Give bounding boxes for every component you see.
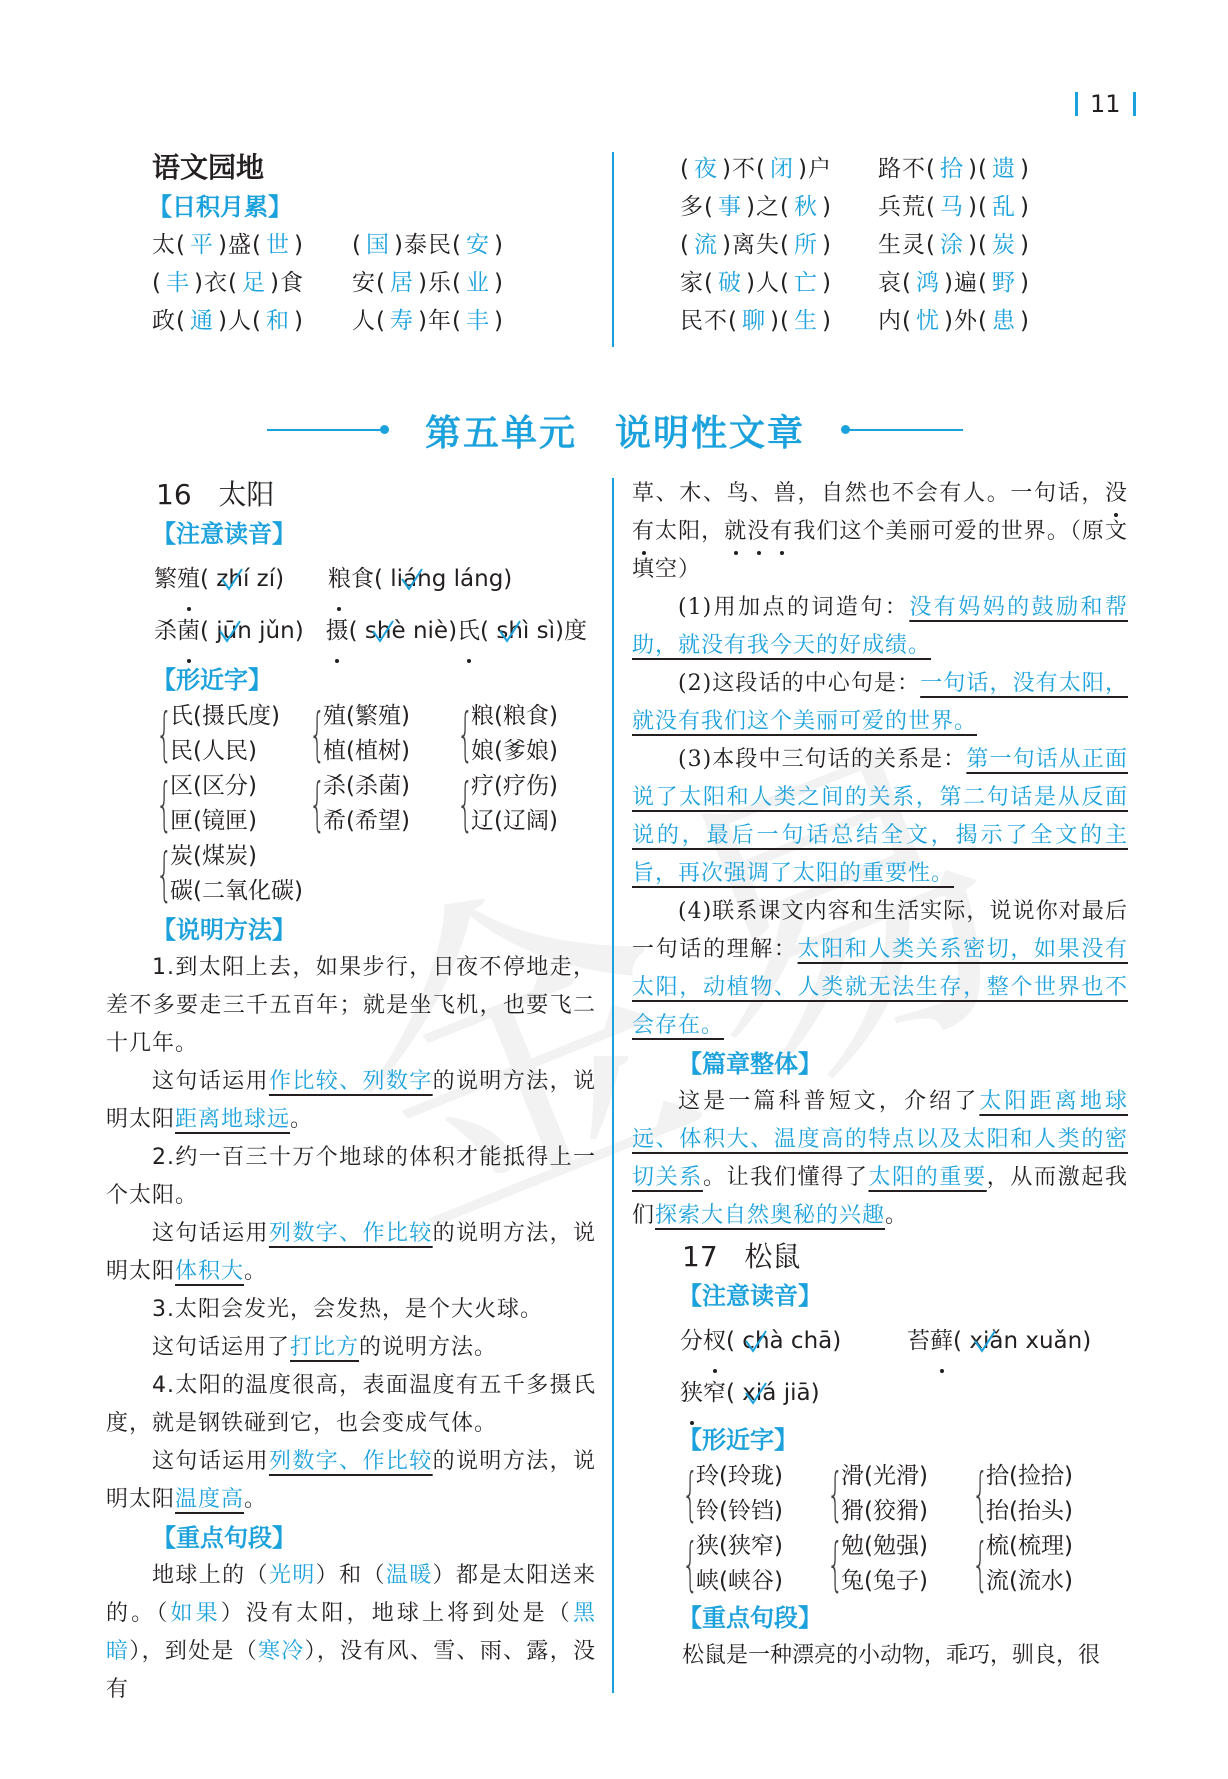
pronunciation-row-2: 杀菌( jūn jǔn) 摄( shè niè)氏( shì sì)度 [154,605,596,657]
banner-line-left [267,429,385,431]
key-paragraph-part2: 草、木、鸟、兽，自然也不会有人。一句话，没有太阳，就没有我们这个美丽可爱的世界。… [632,475,1128,589]
idiom-item: 兵荒(马)(乱) [878,188,1078,226]
idiom-item: 太(平)盛(世) [152,226,352,264]
similar-char-pair: {疗(疗伤)辽(辽阔) [457,769,577,839]
idiom-item: 家(破)人(亡) [680,264,878,302]
brace-icon: { [457,699,462,769]
answer-underlined: 太阳的重要 [868,1165,986,1190]
pronunciation-row-17-2: 狭窄( xiá jiā) [680,1367,1128,1419]
similar-char-pair: {殖(繁殖)植(植树) [309,699,439,769]
pron-item-shi: 氏( shì sì)度 [457,618,587,644]
similar-char-pair: {炭(煤炭)碳(二氧化碳) [156,839,291,909]
brace-icon: { [827,1529,832,1599]
method-sentence: 3.太阳会发光，会发热，是个大火球。 [106,1291,596,1329]
pron-item-fanzhi: 繁殖( zhí zí) [154,566,284,592]
check-icon [973,1329,999,1355]
yuwen-yuandi-title: 语文园地 [152,148,592,188]
key-paragraph-part1: 地球上的（光明）和（温暖）都是太阳送来的。（如果）没有太阳，地球上将到处是（黑暗… [106,1557,596,1709]
check-icon [744,1329,770,1355]
overall-paragraph: 这是一篇科普短文，介绍了太阳距离地球远、体积大、温度高的特点以及太阳和人类的密切… [632,1083,1128,1235]
section-similar-chars-17: 【形近字】 [678,1421,1128,1459]
unit-banner: 第五单元 说明性文章 [250,405,980,455]
idiom-item: 路不(拾)(遗) [878,150,1078,188]
column-divider-top [612,152,614,347]
check-icon [371,619,397,645]
lesson17-title: 松鼠 [744,1240,800,1273]
similar-char-pair: {区(区分)匣(镜匣) [156,769,291,839]
brace-icon: { [457,769,462,839]
answer-underlined: 没有妈妈的鼓励和帮助，就没有我今天的好成绩。 [632,595,1128,658]
idiom-item: 多(事)之(秋) [680,188,878,226]
pron-item-she: 摄( shè niè) [326,618,457,644]
explain-methods-list: 1.到太阳上去，如果步行，日夜不停地走，差不多要走三千五百年；就是坐飞机，也要飞… [106,949,596,1519]
idiom-item: 人(寿)年(丰) [352,302,552,340]
pron-item-liangshi: 粮食( liáng láng) [328,566,512,592]
page-number-left-bar [1075,92,1078,116]
brace-icon: { [309,769,314,839]
brace-icon: { [156,699,161,769]
brace-icon: { [972,1459,977,1529]
idiom-item: 内(忧)外(患) [878,302,1078,340]
lesson16-heading: 16 太阳 [156,475,596,515]
similar-char-pair: {杀(杀菌)希(希望) [309,769,439,839]
pron-item-shajun: 杀菌( jūn jǔn) [154,618,304,644]
check-icon [400,567,426,593]
method-answer: 这句话运用作比较、列数字的说明方法，说明太阳距离地球远。 [106,1063,596,1139]
unit-title: 第五单元 说明性文章 [425,405,805,456]
lesson17-heading: 17 松鼠 [682,1237,1128,1277]
banner-dot-right [841,425,850,434]
section-pronunciation: 【注意读音】 [152,515,596,553]
yuwen-yuandi-right: (夜)不(闭)户路不(拾)(遗)多(事)之(秋)兵荒(马)(乱)(流)离失(所)… [680,150,1100,340]
question-list: (1)用加点的词造句：没有妈妈的鼓励和帮助，就没有我今天的好成绩。(2)这段话的… [632,589,1128,1045]
section-key-sentences: 【重点句段】 [152,1519,596,1557]
similar-char-pair: {勉(勉强)兔(兔子) [827,1529,952,1599]
idiom-item: 民不(聊)(生) [680,302,878,340]
lesson16-number: 16 [156,478,192,511]
section-overall: 【篇章整体】 [678,1045,1128,1083]
check-icon [498,619,524,645]
check-icon [744,1381,770,1407]
blank-answer: 如果 [170,1601,220,1626]
answer-underlined: 一句话，没有太阳，就没有我们这个美丽可爱的世界。 [632,671,1128,734]
brace-icon: { [682,1459,687,1529]
idiom-item: (国)泰民(安) [352,226,552,264]
page-number-right-bar [1133,92,1136,116]
brace-icon: { [972,1529,977,1599]
pron-item-taixian: 苔藓( xiǎn xuǎn) [907,1328,1091,1354]
key-paragraph-17: 松鼠是一种漂亮的小动物，乖巧，驯良，很 [682,1637,1128,1675]
pron-item-xiazhai: 狭窄( xiá jiā) [680,1380,820,1406]
idiom-item: (流)离失(所) [680,226,878,264]
brace-icon: { [156,839,161,909]
banner-line-right [845,429,963,431]
lesson16-left-column: 16 太阳 【注意读音】 繁殖( zhí zí) 粮食( liáng láng)… [106,475,596,1709]
method-answer: 这句话运用列数字、作比较的说明方法，说明太阳体积大。 [106,1215,596,1291]
right-column: 草、木、鸟、兽，自然也不会有人。一句话，没有太阳，就没有我们这个美丽可爱的世界。… [632,475,1128,1675]
similar-char-pair: {拾(捡拾)抬(抬头) [972,1459,1092,1529]
answer-underlined: 探索大自然奥秘的兴趣 [655,1203,885,1228]
idiom-item: 安(居)乐(业) [352,264,552,302]
idiom-list-right: (夜)不(闭)户路不(拾)(遗)多(事)之(秋)兵荒(马)(乱)(流)离失(所)… [680,150,1100,340]
section-similar-chars: 【形近字】 [152,661,596,699]
idiom-item: 生灵(涂)(炭) [878,226,1078,264]
blank-answer: 光明 [269,1563,316,1588]
method-sentence: 4.太阳的温度很高，表面温度有五千多摄氏度，就是钢铁碰到它，也会变成气体。 [106,1367,596,1443]
pronunciation-list-17: 分杈( chà chā) 苔藓( xiǎn xuǎn) 狭窄( xiá jiā) [680,1315,1128,1419]
idiom-item: (夜)不(闭)户 [680,150,878,188]
page-number-value: 11 [1090,90,1121,118]
blank-answer: 寒冷 [258,1639,305,1664]
method-answer: 这句话运用列数字、作比较的说明方法，说明太阳温度高。 [106,1443,596,1519]
pron-item-fencha: 分杈( chà chā) [680,1328,841,1354]
idiom-list-left: 太(平)盛(世)(国)泰民(安)(丰)衣(足)食安(居)乐(业)政(通)人(和)… [152,226,592,340]
check-icon [218,619,244,645]
question-item: (4)联系课文内容和生活实际，说说你对最后一句话的理解：太阳和人类关系密切，如果… [632,893,1128,1045]
answer-underlined: 第一句话从正面说了太阳和人类之间的关系，第二句话是从反面说的，最后一句话总结全文… [632,747,1128,886]
method-sentence: 1.到太阳上去，如果步行，日夜不停地走，差不多要走三千五百年；就是坐飞机，也要飞… [106,949,596,1063]
section-pronunciation-17: 【注意读音】 [678,1277,1128,1315]
section-explain-methods: 【说明方法】 [152,911,596,949]
lesson16-title: 太阳 [218,478,274,511]
question-item: (1)用加点的词造句：没有妈妈的鼓励和帮助，就没有我今天的好成绩。 [632,589,1128,665]
idiom-item: 哀(鸿)遍(野) [878,264,1078,302]
pronunciation-list: 繁殖( zhí zí) 粮食( liáng láng) 杀菌( jūn jǔn)… [154,553,596,657]
similar-char-pair: {粮(粮食)娘(爹娘) [457,699,577,769]
column-divider-main [612,478,614,1693]
similar-char-pair: {氏(摄氏度)民(人民) [156,699,291,769]
section-riji-yuelei: 【日积月累】 [148,188,592,226]
brace-icon: { [827,1459,832,1529]
check-icon [220,567,246,593]
method-answer: 这句话运用了打比方的说明方法。 [106,1329,596,1367]
similar-char-pair: {梳(梳理)流(流水) [972,1529,1092,1599]
blank-answer: 温暖 [386,1563,433,1588]
idiom-item: (丰)衣(足)食 [152,264,352,302]
similar-char-pair: {滑(光滑)猾(狡猾) [827,1459,952,1529]
similar-char-pair: {玲(玲珑)铃(铃铛) [682,1459,807,1529]
page-number: 11 [1063,90,1148,118]
brace-icon: { [309,699,314,769]
brace-icon: { [156,769,161,839]
similar-char-pair: {狭(狭窄)峡(峡谷) [682,1529,807,1599]
method-sentence: 2.约一百三十万个地球的体积才能抵得上一个太阳。 [106,1139,596,1215]
pronunciation-row-1: 繁殖( zhí zí) 粮食( liáng láng) [154,553,596,605]
idiom-item: 政(通)人(和) [152,302,352,340]
banner-dot-left [380,425,389,434]
yuwen-yuandi-left: 语文园地 【日积月累】 太(平)盛(世)(国)泰民(安)(丰)衣(足)食安(居)… [152,148,592,340]
lesson17-number: 17 [682,1240,718,1273]
brace-icon: { [682,1529,687,1599]
section-key-sentences-17: 【重点句段】 [678,1599,1128,1637]
pronunciation-row-17-1: 分杈( chà chā) 苔藓( xiǎn xuǎn) [680,1315,1128,1367]
similar-chars-list: {氏(摄氏度)民(人民){殖(繁殖)植(植树){粮(粮食)娘(爹娘){区(区分)… [156,699,596,909]
question-item: (2)这段话的中心句是：一句话，没有太阳，就没有我们这个美丽可爱的世界。 [632,665,1128,741]
question-item: (3)本段中三句话的关系是：第一句话从正面说了太阳和人类之间的关系，第二句话是从… [632,741,1128,893]
answer-underlined: 太阳和人类关系密切，如果没有太阳，动植物、人类就无法生存，整个世界也不会存在。 [632,937,1128,1038]
similar-chars-list-17: {玲(玲珑)铃(铃铛){滑(光滑)猾(狡猾){拾(捡拾)抬(抬头){狭(狭窄)峡… [682,1459,1122,1599]
